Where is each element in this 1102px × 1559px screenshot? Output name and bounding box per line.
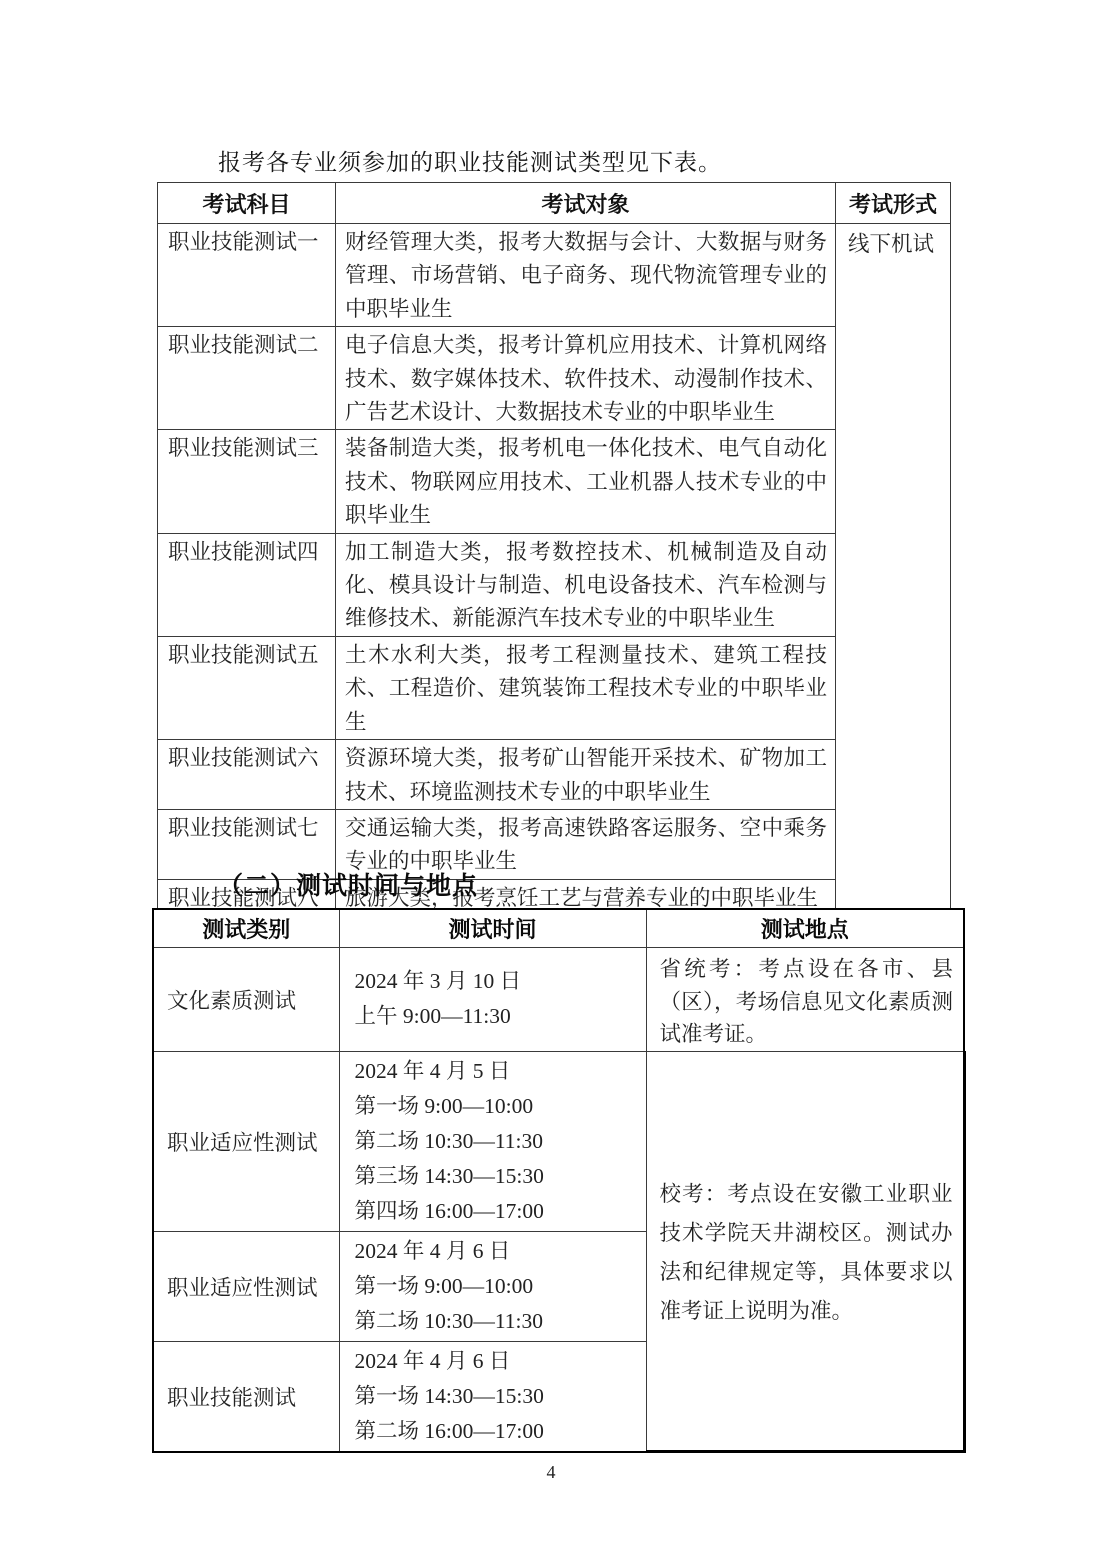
table-header-row: 考试科目 考试对象 考试形式 <box>158 183 951 224</box>
cell-target: 土木水利大类，报考工程测量技术、建筑工程技术、工程造价、建筑装饰工程技术专业的中… <box>336 636 836 739</box>
time-line: 第二场 10:30—11:30 <box>355 1124 642 1159</box>
table-row: 职业技能测试二 电子信息大类，报考计算机应用技术、计算机网络技术、数字媒体技术、… <box>158 327 951 430</box>
page-number: 4 <box>0 1462 1102 1483</box>
time-line: 2024 年 3 月 10 日 <box>355 964 642 999</box>
time-line: 第二场 10:30—11:30 <box>355 1304 642 1339</box>
document-page: 报考各专业须参加的职业技能测试类型见下表。 考试科目 考试对象 考试形式 职业技… <box>0 0 1102 1559</box>
time-line: 2024 年 4 月 5 日 <box>355 1054 642 1089</box>
cell-subject: 职业技能测试五 <box>158 636 336 739</box>
time-line: 第一场 9:00—10:00 <box>355 1269 642 1304</box>
header-exam-form: 考试形式 <box>836 183 951 224</box>
table-row: 职业技能测试五 土木水利大类，报考工程测量技术、建筑工程技术、工程造价、建筑装饰… <box>158 636 951 739</box>
table-row: 文化素质测试 2024 年 3 月 10 日 上午 9:00—11:30 省统考… <box>153 948 964 1052</box>
cell-time: 2024 年 4 月 5 日 第一场 9:00—10:00 第二场 10:30—… <box>339 1051 646 1231</box>
intro-text: 报考各专业须参加的职业技能测试类型见下表。 <box>218 144 722 177</box>
header-test-location: 测试地点 <box>646 909 964 948</box>
cell-subject: 职业技能测试六 <box>158 740 336 810</box>
table-row: 职业技能测试四 加工制造大类，报考数控技术、机械制造及自动化、模具设计与制造、机… <box>158 533 951 636</box>
cell-time: 2024 年 3 月 10 日 上午 9:00—11:30 <box>339 948 646 1052</box>
header-test-time: 测试时间 <box>339 909 646 948</box>
header-test-category: 测试类别 <box>153 909 339 948</box>
cell-subject: 职业技能测试一 <box>158 224 336 327</box>
time-line: 第一场 14:30—15:30 <box>355 1379 642 1414</box>
cell-target: 装备制造大类，报考机电一体化技术、电气自动化技术、物联网应用技术、工业机器人技术… <box>336 430 836 533</box>
time-line: 上午 9:00—11:30 <box>355 999 642 1034</box>
table-row: 职业技能测试一 财经管理大类，报考大数据与会计、大数据与财务管理、市场营销、电子… <box>158 224 951 327</box>
cell-subject: 职业技能测试四 <box>158 533 336 636</box>
header-exam-target: 考试对象 <box>336 183 836 224</box>
time-line: 第二场 16:00—17:00 <box>355 1414 642 1449</box>
cell-time: 2024 年 4 月 6 日 第一场 14:30—15:30 第二场 16:00… <box>339 1341 646 1452</box>
cell-target: 财经管理大类，报考大数据与会计、大数据与财务管理、市场营销、电子商务、现代物流管… <box>336 224 836 327</box>
table-row: 职业技能测试六 资源环境大类，报考矿山智能开采技术、矿物加工技术、环境监测技术专… <box>158 740 951 810</box>
time-line: 第四场 16:00—17:00 <box>355 1194 642 1229</box>
cell-exam-form: 线下机试 <box>836 224 951 916</box>
cell-category: 职业技能测试 <box>153 1341 339 1452</box>
header-exam-subject: 考试科目 <box>158 183 336 224</box>
cell-subject: 职业技能测试二 <box>158 327 336 430</box>
cell-category: 职业适应性测试 <box>153 1231 339 1341</box>
time-line: 2024 年 4 月 6 日 <box>355 1234 642 1269</box>
cell-target: 资源环境大类，报考矿山智能开采技术、矿物加工技术、环境监测技术专业的中职毕业生 <box>336 740 836 810</box>
test-schedule-table: 测试类别 测试时间 测试地点 文化素质测试 2024 年 3 月 10 日 上午… <box>152 908 966 1453</box>
section-heading: （二）测试时间与地点 <box>218 866 478 902</box>
table-row: 职业适应性测试 2024 年 4 月 5 日 第一场 9:00—10:00 第二… <box>153 1051 964 1231</box>
table-header-row: 测试类别 测试时间 测试地点 <box>153 909 964 948</box>
cell-location-provincial: 省统考：考点设在各市、县（区），考场信息见文化素质测试准考证。 <box>646 948 964 1052</box>
cell-target: 加工制造大类，报考数控技术、机械制造及自动化、模具设计与制造、机电设备技术、汽车… <box>336 533 836 636</box>
cell-target: 电子信息大类，报考计算机应用技术、计算机网络技术、数字媒体技术、软件技术、动漫制… <box>336 327 836 430</box>
time-line: 2024 年 4 月 6 日 <box>355 1344 642 1379</box>
time-line: 第一场 9:00—10:00 <box>355 1089 642 1124</box>
cell-location-school: 校考：考点设在安徽工业职业技术学院天井湖校区。测试办法和纪律规定等，具体要求以准… <box>646 1051 964 1452</box>
skill-test-type-table: 考试科目 考试对象 考试形式 职业技能测试一 财经管理大类，报考大数据与会计、大… <box>157 182 951 916</box>
table-row: 职业技能测试三 装备制造大类，报考机电一体化技术、电气自动化技术、物联网应用技术… <box>158 430 951 533</box>
cell-category: 文化素质测试 <box>153 948 339 1052</box>
cell-category: 职业适应性测试 <box>153 1051 339 1231</box>
cell-time: 2024 年 4 月 6 日 第一场 9:00—10:00 第二场 10:30—… <box>339 1231 646 1341</box>
cell-subject: 职业技能测试三 <box>158 430 336 533</box>
time-line: 第三场 14:30—15:30 <box>355 1159 642 1194</box>
